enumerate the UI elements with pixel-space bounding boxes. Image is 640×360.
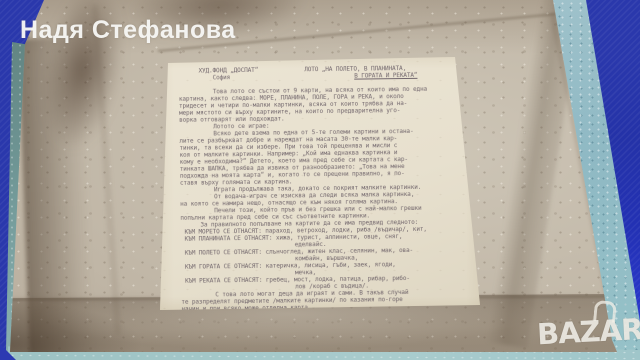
- document-text: ХУД.ФОНД „ДОСПАТ“ЛОТО „НА ПОЛЕТО, В ПЛАН…: [173, 64, 476, 313]
- shopping-bag-handle-icon: [593, 300, 617, 323]
- seller-name-watermark: Надя Стефанова: [20, 16, 236, 45]
- listing-photo: ХУД.ФОНД „ДОСПАТ“ЛОТО „НА ПОЛЕТО, В ПЛАН…: [0, 0, 640, 360]
- bazar-logo: BAZARR: [536, 310, 640, 351]
- instruction-paper: ХУД.ФОНД „ДОСПАТ“ЛОТО „НА ПОЛЕТО, В ПЛАН…: [150, 50, 490, 318]
- bazar-logo-text: BAZAR: [536, 312, 640, 351]
